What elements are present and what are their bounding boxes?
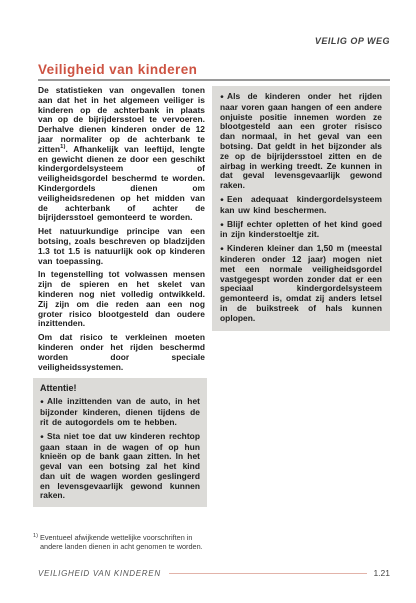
attention-box-title: Attentie! [40, 383, 200, 393]
attention-bullet-item: ●Alle inzittenden van de auto, in het bi… [40, 397, 200, 427]
bullet-text: Een adequaat kindergordelsysteem kan uw … [220, 194, 382, 215]
bullet-icon: ● [220, 220, 224, 230]
bullet-icon: ● [220, 93, 224, 103]
footnote-text: Eventueel afwijkende wettelijke voorschr… [40, 533, 211, 551]
paragraph-statistics: De statistieken van ongevallen tonen aan… [38, 86, 205, 223]
bullet-icon: ● [40, 398, 44, 408]
bullet-text: Alle inzittenden van de auto, in het bij… [40, 396, 200, 427]
running-header: VEILIG OP WEG [315, 36, 390, 46]
warning-bullet-item: ●Een adequaat kindergordelsysteem kan uw… [220, 195, 382, 216]
page-number: 1.21 [373, 568, 390, 578]
page-title: Veiligheid van kinderen [38, 62, 197, 77]
attention-bullet-item: ●Sta niet toe dat uw kinderen rechtop ga… [40, 432, 200, 502]
page-footer: VEILIGHEID VAN KINDEREN 1.21 [38, 568, 390, 578]
warning-bullet-item: ●Blijf echter opletten of het kind goed … [220, 220, 382, 241]
right-column: ●Als de kinderen onder het rijden naar v… [212, 86, 390, 507]
paragraph-text: . Afhankelijk van leeftijd, lengte en ge… [38, 144, 205, 223]
bullet-text: Kinderen kleiner dan 1,50 m (meestal kin… [220, 243, 382, 323]
warning-bullet-item: ●Als de kinderen onder het rijden naar v… [220, 92, 382, 191]
bullet-icon: ● [220, 245, 224, 255]
warning-box: ●Als de kinderen onder het rijden naar v… [212, 86, 390, 331]
warning-bullet-item: ●Kinderen kleiner dan 1,50 m (meestal ki… [220, 244, 382, 323]
paragraph-risk: Om dat risico te verkleinen moeten kinde… [38, 333, 205, 372]
footnote-marker: 1) [33, 532, 38, 550]
bullet-text: Sta niet toe dat uw kinderen rechtop gaa… [40, 431, 200, 501]
left-column: De statistieken van ongevallen tonen aan… [38, 86, 205, 507]
bullet-text: Als de kinderen onder het rijden naar vo… [220, 91, 382, 190]
paragraph-physics: Het natuurkundige principe van een botsi… [38, 227, 205, 266]
bullet-icon: ● [40, 432, 44, 442]
footer-divider-line [169, 573, 368, 574]
paragraph-development: In tegenstelling tot volwassen mensen zi… [38, 270, 205, 329]
content-columns: De statistieken van ongevallen tonen aan… [38, 86, 390, 507]
title-divider [38, 79, 390, 81]
manual-page: VEILIG OP WEG Veiligheid van kinderen De… [0, 0, 416, 603]
footnote: 1) Eventueel afwijkende wettelijke voors… [33, 533, 211, 551]
footer-section-label: VEILIGHEID VAN KINDEREN [38, 569, 161, 578]
bullet-text: Blijf echter opletten of het kind goed i… [220, 219, 382, 240]
bullet-icon: ● [220, 195, 224, 205]
attention-box: Attentie! ●Alle inzittenden van de auto,… [33, 378, 207, 507]
